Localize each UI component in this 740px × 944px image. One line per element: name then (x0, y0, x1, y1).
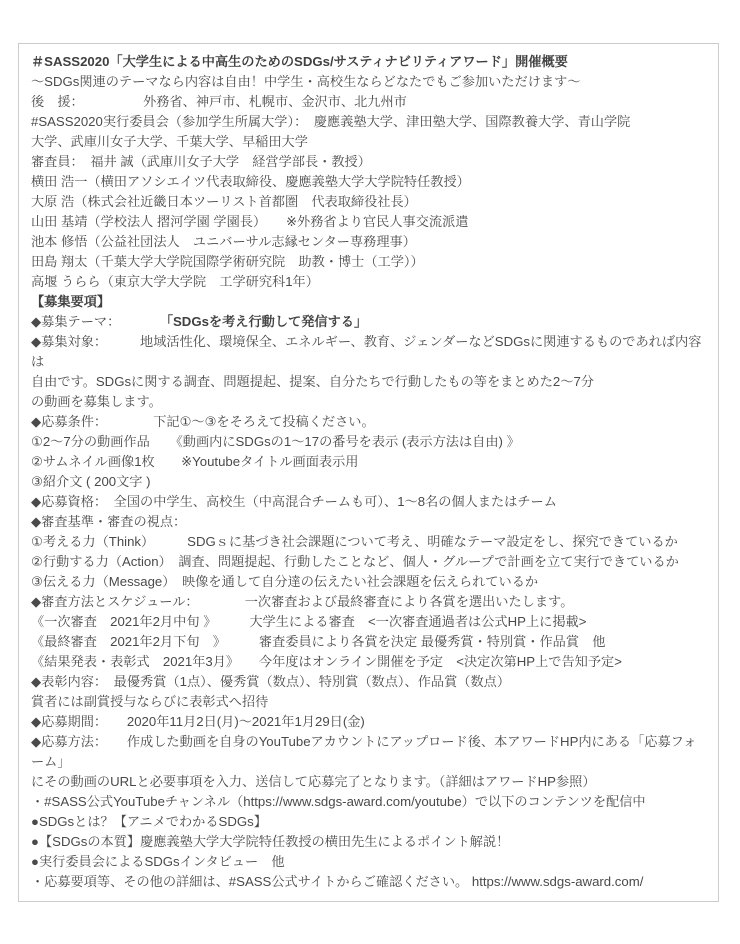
target-line-1: ◆募集対象： 地域活性化、環境保全、エネルギー、教育、ジェンダーなどSDGsに関… (31, 332, 706, 352)
condition-item-2: ②サムネイル画像1枚 ※Youtubeタイトル画面表示用 (31, 452, 706, 472)
method-line-1: ◆応募方法： 作成した動画を自身のYouTubeアカウントにアップロード後、本ア… (31, 732, 706, 752)
text-segment: 大原 浩（株式会社近畿日本ツーリスト首都圏 代表取締役社長） (31, 194, 417, 209)
judges-line-5: 池本 修悟（公益社団法人 ユニバーサル志縁センター専務理事） (31, 232, 706, 252)
content-item-1: ●SDGsとは？【アニメでわかるSDGs】 (31, 812, 706, 832)
judges-line-3: 大原 浩（株式会社近畿日本ツーリスト首都圏 代表取締役社長） (31, 192, 706, 212)
criteria-message: ③伝える力（Message） 映像を通して自分達の伝えたい社会課題を伝えられてい… (31, 572, 706, 592)
content-item-2: ●【SDGsの本質】慶應義塾大学大学院特任教授の横田先生によるポイント解説！ (31, 832, 706, 852)
text-segment: 《結果発表・表彰式 2021年3月》 今年度はオンライン開催を予定 <決定次第H… (31, 654, 622, 669)
eligibility-line: ◆応募資格： 全国の中学生、高校生（中高混合チームも可）、1～8名の個人またはチ… (31, 492, 706, 512)
theme-line: ◆募集テーマ： 「SDGsを考え行動して発信する」 (31, 312, 706, 332)
text-segment: は (31, 354, 44, 369)
text-segment: にその動画のURLと必要事項を入力、送信して応募完了となります。（詳細はアワード… (31, 774, 596, 789)
condition-item-3: ③紹介文 ( 200文字 ) (31, 472, 706, 492)
condition-item-1: ①2～7分の動画作品 《動画内にSDGsの1～17の番号を表示 (表示方法は自由… (31, 432, 706, 452)
text-segment: ◆応募条件： 下記①～③をそろえて投稿ください。 (31, 414, 375, 429)
text-segment: 《一次審査 2021年2月中旬 》 大学生による審査 <一次審査通過者は公式HP… (31, 614, 586, 629)
judges-line-7: 高堰 うらら（東京大学大学院 工学研究科1年） (31, 272, 706, 292)
text-segment: 池本 修悟（公益社団法人 ユニバーサル志縁センター専務理事） (31, 234, 416, 249)
text-segment: ●【SDGsの本質】慶應義塾大学大学院特任教授の横田先生によるポイント解説！ (31, 834, 509, 849)
text-segment: ◆募集対象： 地域活性化、環境保全、エネルギー、教育、ジェンダーなどSDGsに関… (31, 334, 701, 349)
text-segment: 自由です。SDGsに関する調査、問題提起、提案、自分たちで行動したもの等をまとめ… (31, 374, 594, 389)
text-segment: ◆募集テーマ： (31, 314, 166, 329)
text-segment: 審査員： 福井 誠（武庫川女子大学 経営学部長・教授） (31, 154, 371, 169)
target-line-2: は (31, 352, 706, 372)
text-segment: 横田 浩一（横田アソシエイツ代表取締役、慶應義塾大学大学院特任教授） (31, 174, 470, 189)
text-segment: 田島 翔太（千葉大学大学院国際学術研究院 助教・博士（工学）） (31, 254, 424, 269)
text-segment: ～SDGs関連のテーマなら内容は自由！中学生・高校生ならどなたでもご参加いただけ… (31, 74, 580, 89)
text-segment: ・#SASS公式YouTubeチャンネル（https://www.sdgs-aw… (31, 794, 646, 809)
criteria-heading: ◆審査基準・審査の視点： (31, 512, 706, 532)
document-title: ＃SASS2020「大学生による中高生のためのSDGs/サスティナビリティアワー… (31, 52, 706, 72)
text-segment: #SASS2020実行委員会（参加学生所属大学）： 慶應義塾大学、津田塾大学、国… (31, 114, 630, 129)
text-segment: ・応募要項等、その他の詳細は、#SASS公式サイトからご確認ください。 http… (31, 874, 643, 889)
youtube-channel-line: ・#SASS公式YouTubeチャンネル（https://www.sdgs-aw… (31, 792, 706, 812)
criteria-action: ②行動する力（Action） 調査、問題提起、行動したことなど、個人・グループで… (31, 552, 706, 572)
text-segment: 高堰 うらら（東京大学大学院 工学研究科1年） (31, 274, 319, 289)
text-segment: ◆応募方法： 作成した動画を自身のYouTubeアカウントにアップロード後、本ア… (31, 734, 696, 749)
criteria-think: ①考える力（Think） SDGｓに基づき社会課題について考え、明確なテーマ設定… (31, 532, 706, 552)
text-segment: ②サムネイル画像1枚 ※Youtubeタイトル画面表示用 (31, 454, 359, 469)
section-heading-application: 【募集要項】 (31, 292, 706, 312)
method-line-2: ーム」 (31, 752, 706, 772)
text-segment: ③伝える力（Message） 映像を通して自分達の伝えたい社会課題を伝えられてい… (31, 574, 538, 589)
content-item-3: ●実行委員会によるSDGsインタビュー 他 (31, 852, 706, 872)
page-background: ＃SASS2020「大学生による中高生のためのSDGs/サスティナビリティアワー… (0, 0, 740, 944)
judges-line-1: 審査員： 福井 誠（武庫川女子大学 経営学部長・教授） (31, 152, 706, 172)
method-line-3: にその動画のURLと必要事項を入力、送信して応募完了となります。（詳細はアワード… (31, 772, 706, 792)
text-segment: ●SDGsとは？【アニメでわかるSDGs】 (31, 814, 267, 829)
text-segment: ②行動する力（Action） 調査、問題提起、行動したことなど、個人・グループで… (31, 554, 679, 569)
judges-line-6: 田島 翔太（千葉大学大学院国際学術研究院 助教・博士（工学）） (31, 252, 706, 272)
text-segment: ◆応募資格： 全国の中学生、高校生（中高混合チームも可）、1～8名の個人またはチ… (31, 494, 557, 509)
judges-line-2: 横田 浩一（横田アソシエイツ代表取締役、慶應義塾大学大学院特任教授） (31, 172, 706, 192)
text-segment: ①考える力（Think） SDGｓに基づき社会課題について考え、明確なテーマ設定… (31, 534, 678, 549)
text-segment: ◆表彰内容： 最優秀賞（1点）、優秀賞（数点）、特別賞（数点）、作品賞（数点） (31, 674, 510, 689)
text-segment: ーム」 (31, 754, 71, 769)
text-segment: 《最終審査 2021年2月下旬 》 審査委員により各賞を決定 最優秀賞・特別賞・… (31, 634, 605, 649)
text-segment: 賞者には副賞授与ならびに表彰式へ招待 (31, 694, 268, 709)
text-segment: ●実行委員会によるSDGsインタビュー 他 (31, 854, 285, 869)
target-line-3: 自由です。SDGsに関する調査、問題提起、提案、自分たちで行動したもの等をまとめ… (31, 372, 706, 392)
support-line: 後 援： 外務省、神戸市、札幌市、金沢市、北九州市 (31, 92, 706, 112)
text-segment: ◆応募期間： 2020年11月2日(月)～2021年1月29日(金) (31, 714, 365, 729)
document-box: ＃SASS2020「大学生による中高生のためのSDGs/サスティナビリティアワー… (18, 43, 719, 902)
text-segment: の動画を募集します。 (31, 394, 162, 409)
text-segment: ◆審査基準・審査の視点： (31, 514, 186, 529)
awards-line-2: 賞者には副賞授与ならびに表彰式へ招待 (31, 692, 706, 712)
schedule-final-review: 《最終審査 2021年2月下旬 》 審査委員により各賞を決定 最優秀賞・特別賞・… (31, 632, 706, 652)
schedule-heading: ◆審査方法とスケジュール： 一次審査および最終審査により各賞を選出いたします。 (31, 592, 706, 612)
text-segment: 大学、武庫川女子大学、千葉大学、早稲田大学 (31, 134, 308, 149)
bold-text-segment: 「SDGsを考え行動して発信する」 (166, 314, 367, 329)
conditions-line: ◆応募条件： 下記①～③をそろえて投稿ください。 (31, 412, 706, 432)
bold-text-segment: 【募集要項】 (31, 294, 110, 309)
target-line-4: の動画を募集します。 (31, 392, 706, 412)
footer-site-line: ・応募要項等、その他の詳細は、#SASS公式サイトからご確認ください。 http… (31, 872, 706, 892)
text-segment: 後 援： 外務省、神戸市、札幌市、金沢市、北九州市 (31, 94, 407, 109)
awards-line-1: ◆表彰内容： 最優秀賞（1点）、優秀賞（数点）、特別賞（数点）、作品賞（数点） (31, 672, 706, 692)
schedule-first-review: 《一次審査 2021年2月中旬 》 大学生による審査 <一次審査通過者は公式HP… (31, 612, 706, 632)
committee-line-2: 大学、武庫川女子大学、千葉大学、早稲田大学 (31, 132, 706, 152)
text-segment: 山田 基靖（学校法人 摺河学園 学園長） ※外務省より官民人事交流派遣 (31, 214, 468, 229)
schedule-results: 《結果発表・表彰式 2021年3月》 今年度はオンライン開催を予定 <決定次第H… (31, 652, 706, 672)
text-segment: ◆審査方法とスケジュール： 一次審査および最終審査により各賞を選出いたします。 (31, 594, 573, 609)
text-segment: ③紹介文 ( 200文字 ) (31, 474, 151, 489)
period-line: ◆応募期間： 2020年11月2日(月)～2021年1月29日(金) (31, 712, 706, 732)
bold-text-segment: ＃SASS2020「大学生による中高生のためのSDGs/サスティナビリティアワー… (31, 54, 568, 69)
text-segment: ①2～7分の動画作品 《動画内にSDGsの1～17の番号を表示 (表示方法は自由… (31, 434, 520, 449)
committee-line-1: #SASS2020実行委員会（参加学生所属大学）： 慶應義塾大学、津田塾大学、国… (31, 112, 706, 132)
tagline: ～SDGs関連のテーマなら内容は自由！中学生・高校生ならどなたでもご参加いただけ… (31, 72, 706, 92)
judges-line-4: 山田 基靖（学校法人 摺河学園 学園長） ※外務省より官民人事交流派遣 (31, 212, 706, 232)
